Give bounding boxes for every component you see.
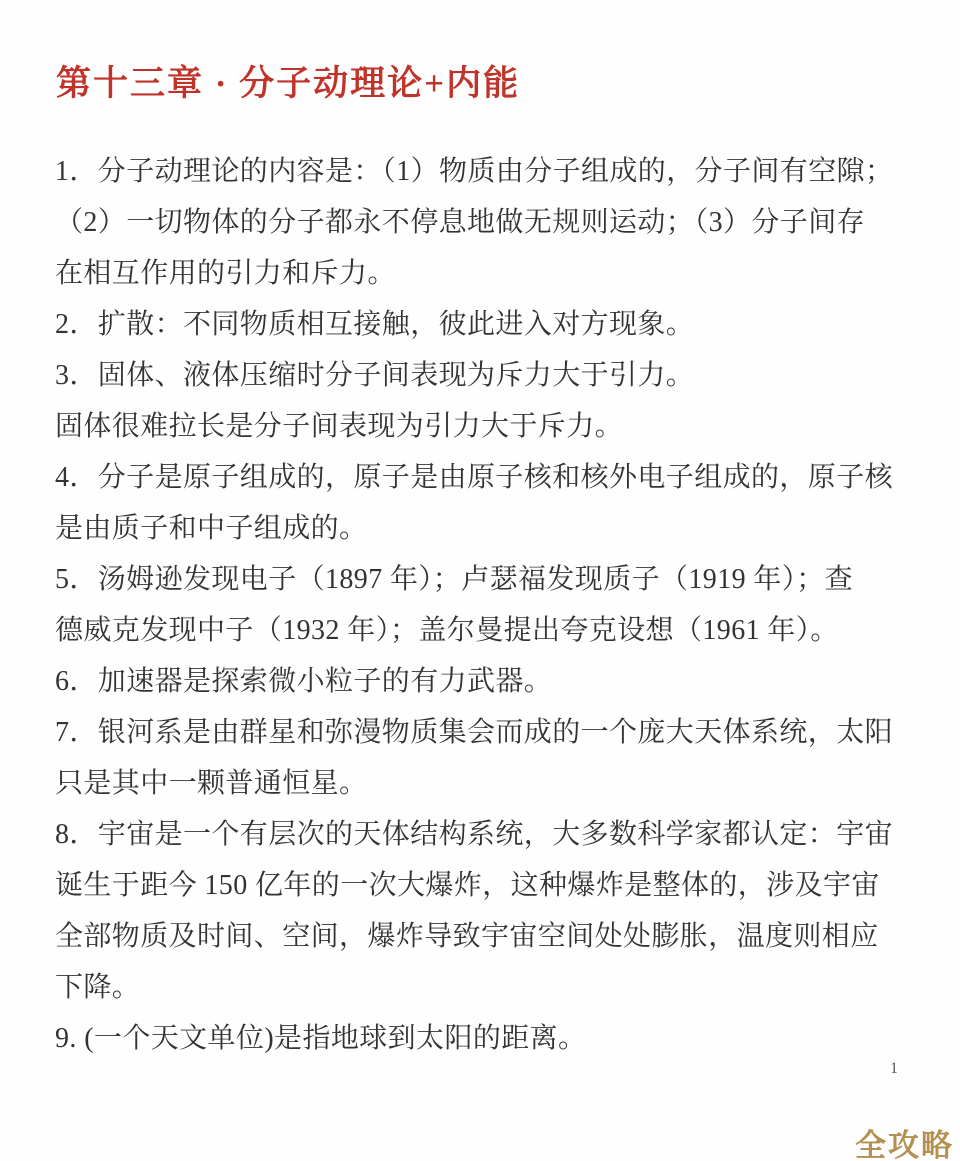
chapter-title: 第十三章 · 分子动理论+内能 bbox=[56, 56, 520, 106]
text-line-item8: 8．宇宙是一个有层次的天体结构系统，大多数科学家都认定：宇宙 bbox=[55, 809, 907, 860]
text-line-item9: 9. (一个天文单位)是指地球到太阳的距离。 bbox=[55, 1013, 907, 1064]
text-line-item5: 5．汤姆逊发现电子（1897 年）；卢瑟福发现质子（1919 年）；查 bbox=[55, 554, 907, 605]
text-line-item3-cont: 固体很难拉长是分子间表现为引力大于斥力。 bbox=[55, 401, 907, 452]
text-line-item8-cont2: 全部物质及时间、空间，爆炸导致宇宙空间处处膨胀，温度则相应 bbox=[55, 911, 907, 962]
text-line-item4-cont: 是由质子和中子组成的。 bbox=[55, 503, 907, 554]
text-line-item6: 6．加速器是探索微小粒子的有力武器。 bbox=[55, 656, 907, 707]
watermark-quangonglue: 全攻略 bbox=[855, 1120, 954, 1161]
text-line-item8-cont: 诞生于距今 150 亿年的一次大爆炸，这种爆炸是整体的，涉及宇宙 bbox=[55, 860, 907, 911]
text-line-item1: 1．分子动理论的内容是：（1）物质由分子组成的，分子间有空隙； bbox=[55, 146, 907, 197]
text-line-item8-cont3: 下降。 bbox=[55, 962, 907, 1013]
text-line-item5-cont: 德威克发现中子（1932 年）；盖尔曼提出夸克设想（1961 年）。 bbox=[55, 605, 907, 656]
text-line-item4: 4．分子是原子组成的，原子是由原子核和核外电子组成的，原子核 bbox=[55, 452, 907, 503]
notes-body: 1．分子动理论的内容是：（1）物质由分子组成的，分子间有空隙； （2）一切物体的… bbox=[55, 146, 907, 1064]
text-line-item3: 3．固体、液体压缩时分子间表现为斥力大于引力。 bbox=[55, 350, 907, 401]
text-line-item7-cont: 只是其中一颗普通恒星。 bbox=[55, 758, 907, 809]
document-page: 第十三章 · 分子动理论+内能 1．分子动理论的内容是：（1）物质由分子组成的，… bbox=[0, 0, 960, 1161]
text-line-item7: 7．银河系是由群星和弥漫物质集会而成的一个庞大天体系统，太阳 bbox=[55, 707, 907, 758]
text-line-item2: 2．扩散：不同物质相互接触，彼此进入对方现象。 bbox=[55, 299, 907, 350]
text-line-item1-cont: （2）一切物体的分子都永不停息地做无规则运动；（3）分子间存 bbox=[55, 197, 907, 248]
text-line-item1-cont2: 在相互作用的引力和斥力。 bbox=[55, 248, 907, 299]
page-number: 1 bbox=[890, 1060, 898, 1078]
